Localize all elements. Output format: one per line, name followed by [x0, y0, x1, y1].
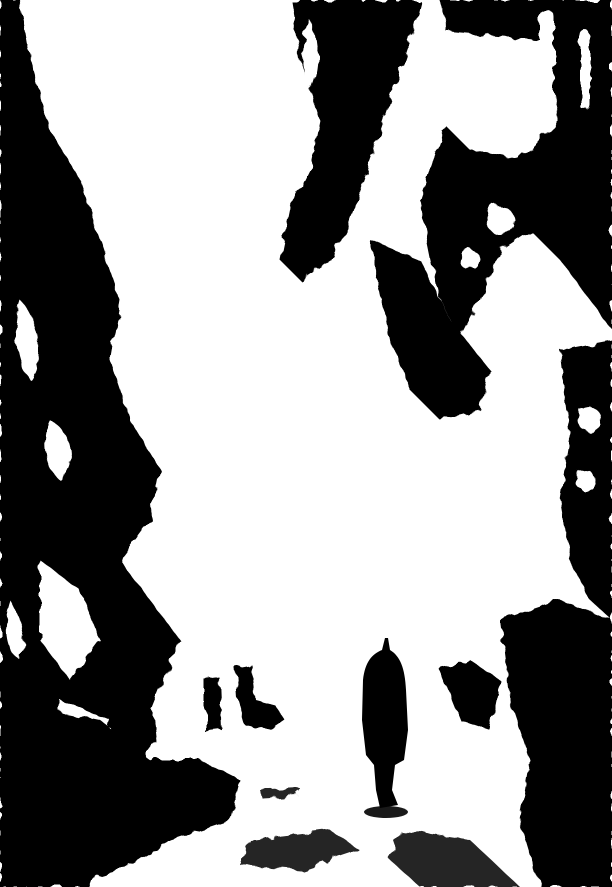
photo-scene	[0, 0, 612, 887]
